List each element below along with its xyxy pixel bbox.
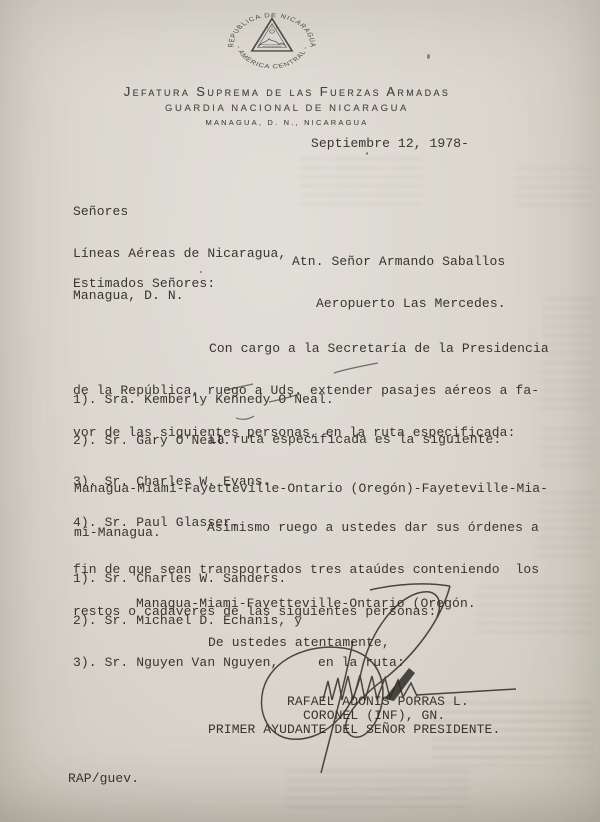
reference-initials: RAP/guev. <box>68 772 139 786</box>
bleed-through-smudge <box>543 298 595 354</box>
scan-speck <box>366 152 368 155</box>
date-line: Septiembre 12, 1978- <box>311 137 469 151</box>
scanned-letter-page: REPUBLICA DE NICARAGUA - AMERICA CENTRAL… <box>0 0 600 822</box>
route-intro: La ruta especificada es la siguiente: <box>209 433 501 447</box>
svg-text:- AMERICA CENTRAL -: - AMERICA CENTRAL - <box>234 46 310 71</box>
seal-triangle-emblem <box>252 19 292 51</box>
list-item: 1). Sr. Charles W. Sanders. <box>73 572 405 586</box>
letterhead-location: MANAGUA, D. N., NICARAGUA <box>0 118 574 127</box>
paragraph-line: Con cargo a la Secretaría de la Presiden… <box>73 342 549 356</box>
bleed-through-smudge <box>286 770 470 812</box>
letterhead-branch: GUARDIA NACIONAL DE NICARAGUA <box>0 103 574 114</box>
bleed-through-smudge <box>540 362 596 414</box>
attention-line: Atn. Señor Armando Saballos <box>292 255 506 269</box>
attention-line: Aeropuerto Las Mercedes. <box>292 297 506 311</box>
recipient-line: Managua, D. N. <box>73 289 286 303</box>
deceased-list: 1). Sr. Charles W. Sanders. 2). Sr. Mich… <box>73 544 405 698</box>
signer-rank: CORONEL (INF), GN. <box>303 709 445 723</box>
bleed-through-smudge <box>432 702 594 766</box>
list-item: 2). Sr. Michael D. Echanis, y <box>73 614 405 628</box>
recipient-block: Señores Líneas Aéreas de Nicaragua, Mana… <box>73 177 286 331</box>
seal-bottom-text: - AMERICA CENTRAL - <box>234 46 310 71</box>
route-2: Managua-Miami-Fayetteville-Ontario (Oreg… <box>136 597 476 611</box>
paragraph-line: Asimismo ruego a ustedes dar sus órdenes… <box>73 521 539 535</box>
closing: De ustedes atentamente, <box>208 636 390 650</box>
national-seal-icon: REPUBLICA DE NICARAGUA - AMERICA CENTRAL… <box>224 7 320 79</box>
list-item: 3). Sr. Nguyen Van Nguyen, en la ruta: <box>73 656 405 670</box>
bleed-through-smudge <box>538 492 596 562</box>
scan-speck <box>200 271 202 273</box>
salutation: Estimados Señores: <box>73 277 215 291</box>
recipient-line: Líneas Aéreas de Nicaragua, <box>73 247 286 261</box>
recipient-line: Señores <box>73 205 286 219</box>
bleed-through-smudge <box>515 168 593 208</box>
scan-speck <box>427 54 430 59</box>
list-item: 1). Sra. Kemberly Kennedy O'Neal. <box>73 393 334 407</box>
bleed-through-smudge <box>300 158 422 206</box>
bleed-through-smudge <box>540 428 596 466</box>
bleed-through-smudge <box>476 586 594 640</box>
letterhead-org: Jefatura Suprema de las Fuerzas Armadas <box>0 84 574 99</box>
